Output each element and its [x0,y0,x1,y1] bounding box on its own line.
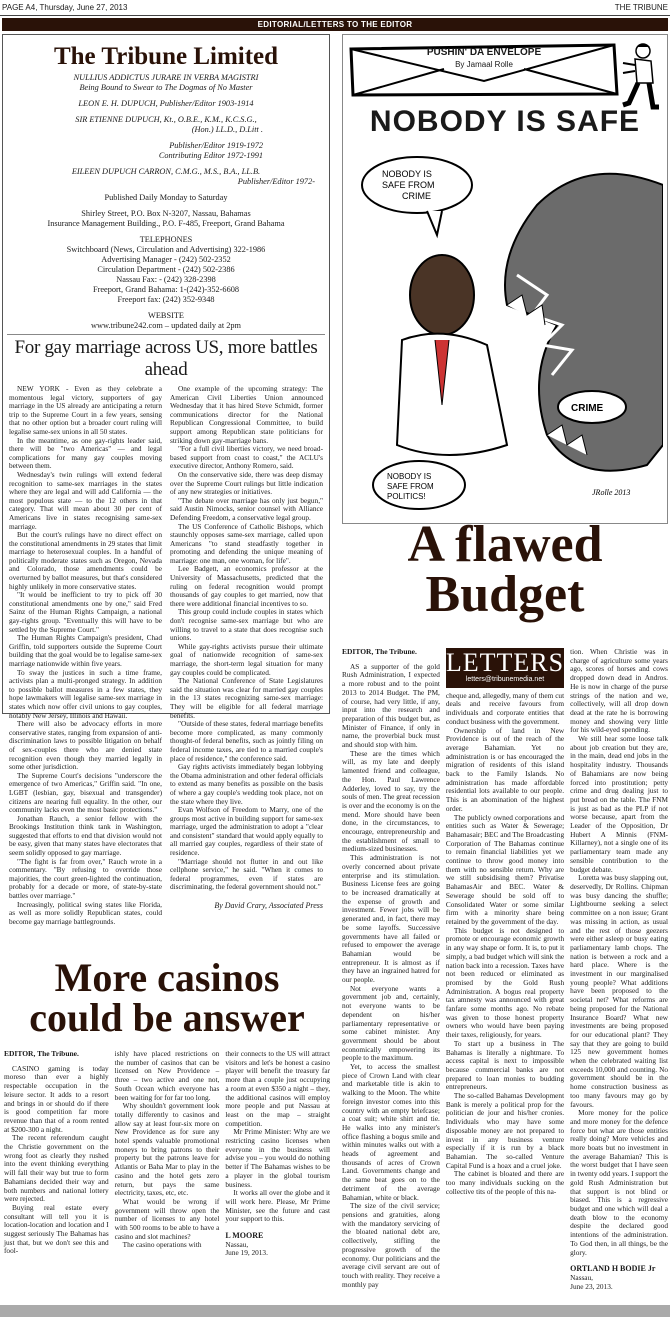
cartoon-series-byline: By Jamaal Rolle [349,60,619,69]
svg-text:POLITICS!: POLITICS! [387,492,426,501]
phone-line: Switchboard (News, Circulation and Adver… [9,245,323,255]
phone-line: Advertising Manager - (242) 502-2352 [9,255,323,265]
gay-marriage-body: NEW YORK - Even as they celebrate a mome… [3,381,329,926]
gay-marriage-headline: For gay marriage across US, more battles… [7,334,325,381]
cartoon-drawing-crime-monster-icon: NOBODY IS SAFE FROM CRIME CRIME NOBODY I… [347,145,663,520]
paragraph: On the conservative side, there was deep… [170,471,323,497]
phone-line: Freeport fax: (242) 352-9348 [9,295,323,305]
casino-headline: More casinos could be answer [2,958,332,1038]
paragraph: The cabinet is bloated and there are too… [446,1170,564,1196]
founder-line: LEON E. H. DUPUCH, Publisher/Editor 1903… [9,99,323,109]
paragraph: Loretta was busy slapping out, deservedl… [570,874,668,1109]
paragraph: The casino operations with [115,1241,220,1250]
address-freeport: Insurance Management Building., P.O. F-4… [9,219,323,229]
paragraph: "The fight is far from over," Rauch wrot… [9,858,162,901]
phone-line: Circulation Department - (242) 502-2386 [9,265,323,275]
svg-text:SAFE FROM: SAFE FROM [387,482,434,491]
paragraph: More money for the police and more money… [570,1109,668,1257]
paragraph: This budget is not designed to promote o… [446,927,564,1040]
paragraph: NEW YORK - Even as they celebrate a mome… [9,385,162,437]
letter-signer-date: June 19, 2013. [225,1249,330,1258]
paragraph: "The debate over marriage has only just … [170,497,323,523]
paragraph: Yet, to access the smallest piece of Cro… [342,1063,440,1202]
paragraph: It works all over the globe and it will … [225,1189,330,1224]
paragraph: AS a supporter of the gold Rush Administ… [342,663,440,750]
casino-headline-line2: could be answer [2,998,332,1038]
sir-etienne-honors: (Hon.) LL.D., D.Litt . [9,125,323,135]
budget-letter: EDITOR, The Tribune. AS a supporter of t… [342,648,668,1291]
svg-text:NOBODY IS: NOBODY IS [382,169,432,179]
phone-line: Nassau Fax: - (242) 328-2398 [9,275,323,285]
paragraph: Not everyone wants a government job and,… [342,985,440,1063]
paragraph: tion. When Christie was in charge of agr… [570,648,668,735]
paragraph: Gay rights activists immediately began l… [170,763,323,806]
paragraph: We still hear some loose talk about job … [570,735,668,874]
paragraph: While gay-rights activists pursue their … [170,643,323,677]
paragraph: "It would be inefficient to try to pick … [9,591,162,634]
paragraph: The Human Rights Campaign's president, C… [9,634,162,668]
article-column-2: One example of the upcoming strategy: Th… [170,385,323,926]
masthead: The Tribune Limited NULLIUS ADDICTUS JUR… [3,35,329,330]
paragraph: Buying real estate every consultant will… [4,1204,109,1256]
paper-name: THE TRIBUNE [615,3,668,12]
sir-etienne-line: SIR ETIENNE DUPUCH, Kt., O.B.E., K.M., K… [9,115,323,125]
letter-salutation: EDITOR, The Tribune. [342,648,440,657]
letters-logo: LETTERS letters@tribunemedia.net [446,648,564,688]
svg-text:SAFE FROM: SAFE FROM [382,180,435,190]
paragraph: Why shouldn't government look totally di… [115,1102,220,1198]
paragraph: The US Conference of Catholic Bishops, w… [170,523,323,566]
letter-column-3: their connects to the US will attract vi… [225,1050,330,1258]
paragraph: Ownership of land in New Providence is o… [446,727,564,814]
paragraph: "Outside of these states, federal marria… [170,720,323,763]
paragraph: The size of the civil service; pensions … [342,1202,440,1289]
sir-etienne-role2: Contributing Editor 1972-1991 [9,151,323,161]
eileen-line: EILEEN DUPUCH CARRON, C.M.G., M.S., B.A.… [9,167,323,177]
telephones-label: TELEPHONES [9,235,323,245]
motto-latin: NULLIUS ADDICTUS JURARE IN VERBA MAGISTR… [9,73,323,83]
cartoon-series-title: PUSHIN' DA ENVELOPE [349,47,619,58]
budget-headline-line2: Budget [342,570,668,620]
paragraph: Mr Prime Minister: Why are we restrictin… [225,1128,330,1189]
paragraph: CASINO gaming is today moreso than ever … [4,1065,109,1135]
letter-column-1: EDITOR, The Tribune. AS a supporter of t… [342,648,440,1291]
paragraph: their connects to the US will attract vi… [225,1050,330,1128]
paragraph: What would be wrong if government will t… [115,1198,220,1242]
page-info: PAGE A4, Thursday, June 27, 2013 [2,3,127,12]
paragraph: But the court's rulings have no direct e… [9,531,162,591]
paragraph: "Marriage should not flutter in and out … [170,858,323,892]
casino-letter: EDITOR, The Tribune. CASINO gaming is to… [4,1050,330,1258]
letters-email[interactable]: letters@tribunemedia.net [446,676,564,685]
masthead-title: The Tribune Limited [9,43,323,71]
paragraph: To sway the justices in such a time fram… [9,669,162,721]
envelope-banner: PUSHIN' DA ENVELOPE By Jamaal Rolle [349,39,619,99]
paragraph: Jonathan Rauch, a senior fellow with the… [9,815,162,858]
letter-column-3: tion. When Christie was in charge of agr… [570,648,668,1291]
paragraph: There will also be advocacy efforts in m… [9,720,162,772]
man-pushing-envelope-icon [621,41,663,111]
letter-signer-date: June 23, 2013. [570,1283,668,1292]
letters-logo-title: LETTERS [446,650,564,676]
editorial-cartoon: PUSHIN' DA ENVELOPE By Jamaal Rolle NOBO… [342,34,668,524]
article-column-1: NEW YORK - Even as they celebrate a mome… [9,385,162,926]
paragraph: This administration is not overly concer… [342,854,440,985]
eileen-role: Publisher/Editor 1972- [9,177,323,187]
published-line: Published Daily Monday to Saturday [9,193,323,203]
motto-english: Being Bound to Swear to The Dogmas of No… [9,83,323,93]
paragraph: "For a full civil liberties victory, we … [170,445,323,471]
paragraph: Lee Badgett, an economics professor at t… [170,565,323,608]
svg-text:CRIME: CRIME [571,403,604,414]
letter-salutation: EDITOR, The Tribune. [4,1050,109,1059]
paragraph: Increasingly, political swing states lik… [9,901,162,927]
paragraph: cheque and, allegedly, many of them cut … [446,692,564,727]
website-label: WEBSITE [9,311,323,321]
article-byline: By David Crary, Associated Press [170,902,323,911]
cartoon-title: NOBODY IS SAFE [343,105,667,139]
sir-etienne-role1: Publisher/Editor 1919-1972 [9,141,323,151]
website-link[interactable]: www.tribune242.com – updated daily at 2p… [9,321,323,330]
paragraph: In the meantime, as one gay-rights leade… [9,437,162,471]
letter-column-2: LETTERS letters@tribunemedia.net cheque … [446,648,564,1291]
phone-line: Freeport, Grand Bahama: 1-(242)-352-6608 [9,285,323,295]
paragraph: The National Conference of State Legisla… [170,677,323,720]
letter-column-2: ishly have placed restrictions on the nu… [115,1050,220,1258]
address-nassau: Shirley Street, P.O. Box N-3207, Nassau,… [9,209,323,219]
masthead-and-gay-marriage-box: The Tribune Limited NULLIUS ADDICTUS JUR… [2,34,330,714]
paragraph: These are the times which will, as my la… [342,750,440,854]
paragraph: To start up a business in The Bahamas is… [446,1040,564,1092]
page-header: PAGE A4, Thursday, June 27, 2013 THE TRI… [0,0,670,16]
paragraph: ishly have placed restrictions on the nu… [115,1050,220,1102]
page-footer-bar [0,1305,670,1317]
svg-text:NOBODY IS: NOBODY IS [387,472,431,481]
paragraph: The recent referendum caught the Christi… [4,1134,109,1204]
budget-headline-line1: A flawed [342,520,668,570]
section-banner: EDITORIAL/LETTERS TO THE EDITOR [2,18,668,31]
letter-column-1: EDITOR, The Tribune. CASINO gaming is to… [4,1050,109,1258]
phone-list: Switchboard (News, Circulation and Adver… [9,245,323,305]
paragraph: One example of the upcoming strategy: Th… [170,385,323,445]
paragraph: The publicly owned corporations and enti… [446,814,564,927]
paragraph: The so-called Bahamas Development Bank i… [446,1092,564,1170]
paragraph: The Supreme Court's decisions "underscor… [9,772,162,815]
budget-headline: A flawed Budget [342,520,668,620]
svg-text:JRolle 2013: JRolle 2013 [592,488,630,497]
paragraph: Wednesday's twin rulings will extend fed… [9,471,162,531]
svg-text:CRIME: CRIME [402,191,431,201]
casino-headline-line1: More casinos [2,958,332,998]
paragraph: Evan Wolfson of Freedom to Marry, one of… [170,806,323,858]
paragraph: This group could include couples in stat… [170,608,323,642]
